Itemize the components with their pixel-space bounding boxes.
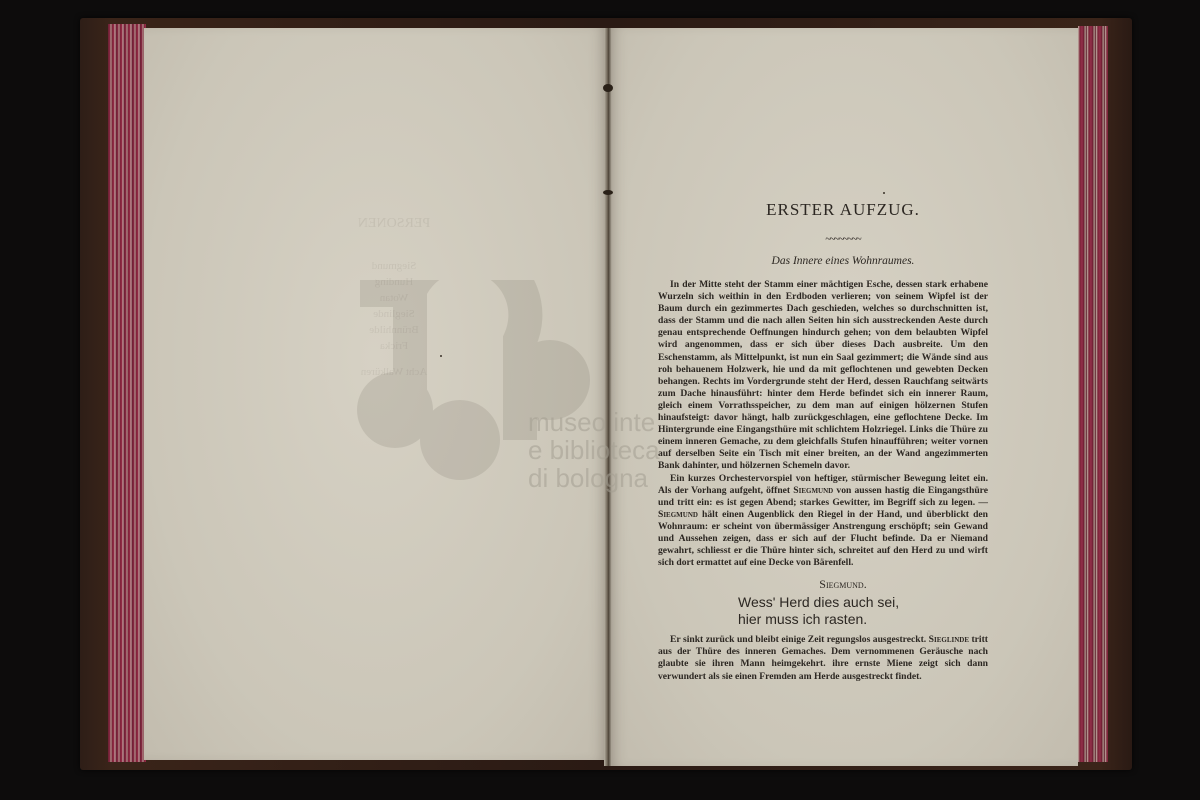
speaker-name: Siegmund. [698,577,988,592]
scene-description: In der Mitte steht der Stamm einer mächt… [658,279,988,473]
museum-watermark-text: museo inte e biblioteca di bologna [528,408,660,492]
left-page-edges [108,24,146,762]
right-page-edges [1078,26,1108,762]
character-name: Sieglinde [929,634,969,645]
stage-direction: Er sinkt zurück und bleibt einige Zeit r… [658,634,988,682]
verse-line: Wess' Herd dies auch sei, [738,594,988,611]
character-name: Siegmund [793,485,833,496]
book-gutter [604,28,612,766]
right-page-text: ERSTER AUFZUG. ~~~~~~~~ Das Innere eines… [658,200,988,683]
verse-line: hier muss ich rasten. [738,611,988,628]
binding-stitch [603,84,613,92]
ornament-divider-icon: ~~~~~~~~ [698,234,988,245]
paper-speck [883,192,885,194]
character-name: Siegmund [658,509,698,520]
paper-speck [440,355,442,357]
scene-title: Das Innere eines Wohnraumes. [698,255,988,267]
opening-action: Ein kurzes Orchestervorspiel von heftige… [658,473,988,570]
binding-stitch [603,190,613,195]
act-title: ERSTER AUFZUG. [698,200,988,220]
